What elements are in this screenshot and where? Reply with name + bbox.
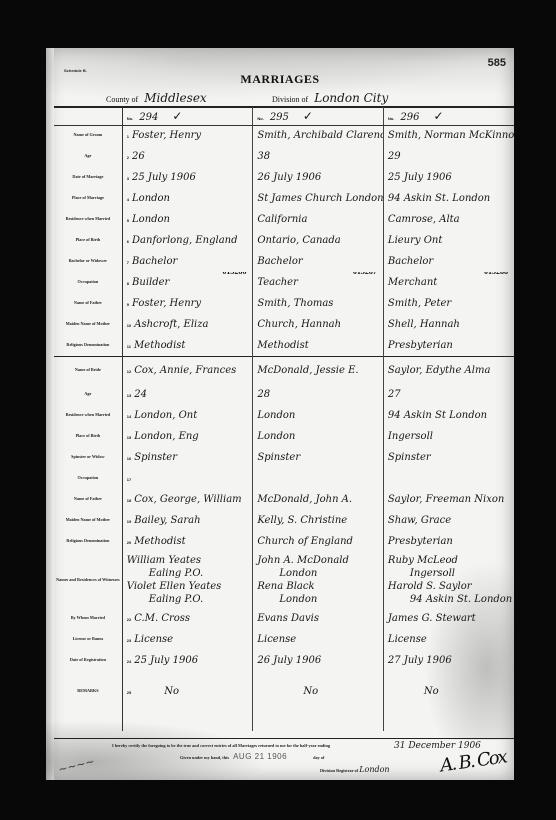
row-bride-status: Spinster or Widow 16Spinster Spinster Sp… (54, 447, 514, 468)
county-label: County of (106, 95, 138, 104)
date-stamp: AUG 21 1906 (233, 752, 287, 761)
row-label: Place of Birth (54, 426, 122, 447)
witnesses-cell: William Yeates Ealing P.O. Violet Ellen … (122, 552, 253, 608)
row-date-of-marriage: Date of Marriage 325 July 1906 26 July 1… (54, 167, 514, 188)
bride-mother: Shaw, Grace (388, 515, 451, 526)
bride-status: Spinster (257, 452, 300, 463)
bride-residence: London (257, 410, 295, 421)
registration-stamp: 013288 (484, 272, 508, 276)
checkmark-icon: ✓ (172, 109, 182, 123)
county-field: County of Middlesex (106, 91, 207, 105)
remarks: No (424, 686, 439, 697)
groom-age: 26 (132, 151, 145, 162)
groom-occupation: Merchant (388, 277, 437, 288)
license-or-banns: License (257, 634, 296, 645)
row-label: License or Banns (54, 629, 122, 650)
row-license: License or Banns 23License License Licen… (54, 629, 514, 650)
bride-name: McDonald, Jessie E. (257, 365, 358, 376)
bride-age: 24 (134, 389, 147, 400)
row-bride-religion: Religious Denomination 20Methodist Churc… (54, 531, 514, 552)
row-remarks: REMARKS 25No No No (54, 671, 514, 711)
bride-religion: Church of England (257, 536, 353, 547)
row-label: Place of Birth (54, 230, 122, 251)
groom-father: Smith, Thomas (257, 298, 333, 309)
register-page: Schedule B. 585 MARRIAGES County of Midd… (46, 48, 514, 780)
row-label: Spinster or Widow (54, 447, 122, 468)
bride-birthplace: London (257, 431, 295, 442)
division-field: Division of London City (272, 91, 388, 105)
row-bride-residence: Residence when Married 14London, Ont Lon… (54, 405, 514, 426)
row-bride-mother: Maiden Name of Mother 19Bailey, Sarah Ke… (54, 510, 514, 531)
bride-residence: 94 Askin St London (388, 410, 487, 421)
row-officiant: By Whom Married 22C.M. Cross Evans Davis… (54, 608, 514, 629)
bride-age: 27 (388, 389, 401, 400)
row-label: Name of Father (54, 293, 122, 314)
row-label: Maiden Name of Mother (54, 314, 122, 335)
page-number: 585 (488, 57, 506, 69)
marriage-date: 25 July 1906 (388, 172, 452, 183)
page-title: MARRIAGES (46, 72, 514, 87)
row-place-of-marriage: Place of Marriage 4London St James Churc… (54, 188, 514, 209)
half-year-end-date: 31 December 1906 (394, 741, 481, 751)
registrar-place: London (359, 765, 389, 774)
row-groom-birthplace: Place of Birth 6Danforlong, England Onta… (54, 230, 514, 251)
row-groom-status: Bachelor or Widower 7Bachelor Bachelor B… (54, 251, 514, 272)
registration-date: 25 July 1906 (134, 655, 198, 666)
officiant: C.M. Cross (134, 613, 190, 624)
groom-birthplace: Ontario, Canada (257, 235, 340, 246)
groom-father: Smith, Peter (388, 298, 451, 309)
row-blank (54, 711, 514, 731)
entry-number: No.294✓ (122, 107, 253, 125)
row-witnesses: Names and Residences of Witnesses Willia… (54, 552, 514, 608)
row-label: Date of Marriage (54, 167, 122, 188)
bride-status: Spinster (134, 452, 177, 463)
entry-number: No.296✓ (383, 107, 514, 125)
row-groom-father: Name of Father 9Foster, Henry Smith, Tho… (54, 293, 514, 314)
given-under-hand: Given under my hand, this AUG 21 1906 da… (180, 752, 324, 761)
groom-residence: California (257, 214, 307, 225)
row-registration-date: Date of Registration 2425 July 1906 26 J… (54, 650, 514, 671)
groom-religion: Methodist (257, 340, 308, 351)
row-groom-mother: Maiden Name of Mother 10Ashcroft, Eliza … (54, 314, 514, 335)
division-value: London City (314, 91, 388, 105)
groom-age: 38 (257, 151, 270, 162)
row-bride-occupation: Occupation 17 (54, 468, 514, 489)
row-label: Bachelor or Widower (54, 251, 122, 272)
row-label: By Whom Married (54, 608, 122, 629)
marriage-place: London (132, 193, 170, 204)
bride-mother: Kelly, S. Christine (257, 515, 347, 526)
bride-residence: London, Ont (134, 410, 197, 421)
marriage-date: 25 July 1906 (132, 172, 196, 183)
bride-religion: Presbyterian (388, 536, 453, 547)
bride-status: Spinster (388, 452, 431, 463)
witnesses-cell: John A. McDonald London Rena Black Londo… (253, 552, 384, 608)
row-bride-age: Age 1324 28 27 (54, 384, 514, 405)
groom-religion: Presbyterian (388, 340, 453, 351)
row-label: Name of Bride (54, 356, 122, 384)
groom-birthplace: Danforlong, England (132, 235, 237, 246)
remarks: No (164, 686, 179, 697)
groom-name: Smith, Norman McKinnon (388, 130, 514, 141)
row-label: Age (54, 146, 122, 167)
row-label: Age (54, 384, 122, 405)
division-label: Division of (272, 95, 308, 104)
bride-birthplace: Ingersoll (388, 431, 433, 442)
row-label: Date of Registration (54, 650, 122, 671)
row-label: Place of Marriage (54, 188, 122, 209)
bride-age: 28 (257, 389, 270, 400)
groom-father: Foster, Henry (132, 298, 201, 309)
groom-status: Bachelor (132, 256, 177, 267)
groom-occupation: Builder (132, 277, 169, 288)
certification-statement: I hereby certify the foregoing to be the… (112, 743, 330, 748)
row-label: REMARKS (54, 671, 122, 711)
bride-religion: Methodist (134, 536, 185, 547)
marriage-register-table: No.294✓ No.295✓ No.296✓ Name of Groom 1F… (54, 107, 514, 731)
checkmark-icon: ✓ (433, 109, 443, 123)
row-label: Maiden Name of Mother (54, 510, 122, 531)
row-label: Name of Father (54, 489, 122, 510)
row-bride-birthplace: Place of Birth 15London, Eng London Inge… (54, 426, 514, 447)
groom-religion: Methodist (134, 340, 185, 351)
entry-number-row: No.294✓ No.295✓ No.296✓ (54, 107, 514, 125)
row-label: Names and Residences of Witnesses (54, 552, 122, 608)
groom-residence: Camrose, Alta (388, 214, 460, 225)
row-label: Religious Denomination (54, 335, 122, 356)
remarks: No (303, 686, 318, 697)
row-label: Religious Denomination (54, 531, 122, 552)
row-label: Occupation (54, 272, 122, 293)
groom-age: 29 (388, 151, 401, 162)
row-groom-age: Age 226 38 29 (54, 146, 514, 167)
groom-name: Foster, Henry (132, 130, 201, 141)
row-bride-father: Name of Father 18Cox, George, William Mc… (54, 489, 514, 510)
row-groom-name: Name of Groom 1Foster, Henry Smith, Arch… (54, 125, 514, 146)
groom-status: Bachelor (388, 256, 433, 267)
registrar-signature: A. B. Cox (439, 747, 507, 777)
marriage-date: 26 July 1906 (257, 172, 321, 183)
groom-mother: Ashcroft, Eliza (134, 319, 208, 330)
groom-birthplace: Lieury Ont (388, 235, 442, 246)
groom-occupation: Teacher (257, 277, 298, 288)
registration-stamp: 013286 (222, 272, 246, 276)
registrar-label: Division Registrar of London (320, 765, 390, 774)
row-label: Residence when Married (54, 209, 122, 230)
county-value: Middlesex (144, 91, 206, 105)
registration-stamp: 013287 (353, 272, 377, 276)
checkmark-icon: ✓ (303, 109, 313, 123)
groom-residence: London (132, 214, 170, 225)
witnesses-cell: Ruby McLeod Ingersoll Harold S. Saylor 9… (383, 552, 514, 608)
bride-father: McDonald, John A. (257, 494, 352, 505)
license-or-banns: License (388, 634, 427, 645)
row-groom-occupation: Occupation 8Builder013286 Teacher013287 … (54, 272, 514, 293)
registration-date: 27 July 1906 (388, 655, 452, 666)
bride-father: Cox, George, William (134, 494, 241, 505)
groom-status: Bachelor (257, 256, 302, 267)
registrar-certification: I hereby certify the foregoing to be the… (54, 738, 514, 780)
row-bride-name: Name of Bride 12Cox, Annie, Frances McDo… (54, 356, 514, 384)
margin-scribble: ~~~~ (57, 755, 96, 777)
entry-number: No.295✓ (253, 107, 384, 125)
registration-date: 26 July 1906 (257, 655, 321, 666)
officiant: James G. Stewart (388, 613, 476, 624)
officiant: Evans Davis (257, 613, 319, 624)
bride-name: Cox, Annie, Frances (134, 365, 236, 376)
marriage-place: 94 Askin St. London (388, 193, 490, 204)
groom-name: Smith, Archibald Clarence (257, 130, 383, 141)
bride-father: Saylor, Freeman Nixon (388, 494, 504, 505)
bride-birthplace: London, Eng (134, 431, 198, 442)
license-or-banns: License (134, 634, 173, 645)
row-label: Name of Groom (54, 125, 122, 146)
bride-mother: Bailey, Sarah (134, 515, 200, 526)
row-groom-residence: Residence when Married 5London Californi… (54, 209, 514, 230)
groom-mother: Church, Hannah (257, 319, 341, 330)
row-label: Residence when Married (54, 405, 122, 426)
marriage-place: St James Church London (257, 193, 383, 204)
row-label: Occupation (54, 468, 122, 489)
row-groom-religion: Religious Denomination 11Methodist Metho… (54, 335, 514, 356)
groom-mother: Shell, Hannah (388, 319, 460, 330)
bride-name: Saylor, Edythe Alma (388, 365, 491, 376)
